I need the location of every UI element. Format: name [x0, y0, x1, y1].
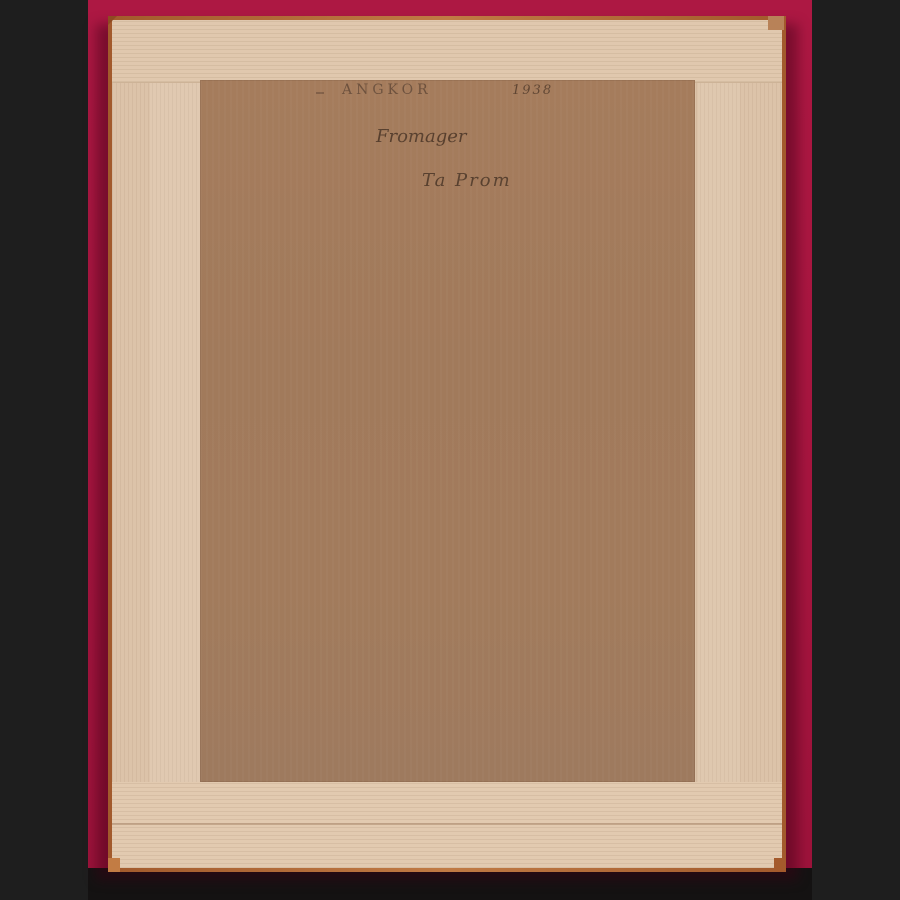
tape-left-strip [150, 82, 200, 782]
frame-corner-bottom-right [774, 858, 786, 872]
tape-right-strip [698, 82, 740, 782]
tape-top-band [112, 20, 782, 83]
inscription-title: ANGKOR [342, 82, 432, 98]
inscription-year: 1938 [512, 83, 553, 98]
frame-corner-bottom-left [108, 858, 120, 872]
inscription-location: Ta Prom [422, 170, 512, 191]
inscription-subject: Fromager [376, 126, 467, 147]
backing-board: ANGKOR 1938 Fromager Ta Prom [200, 80, 695, 782]
frame-corner-top-right [768, 16, 784, 30]
pencil-mark [316, 92, 324, 94]
frame-corner-top-left [108, 16, 117, 25]
tape-seam [112, 823, 782, 825]
tape-bottom-band [112, 782, 782, 868]
